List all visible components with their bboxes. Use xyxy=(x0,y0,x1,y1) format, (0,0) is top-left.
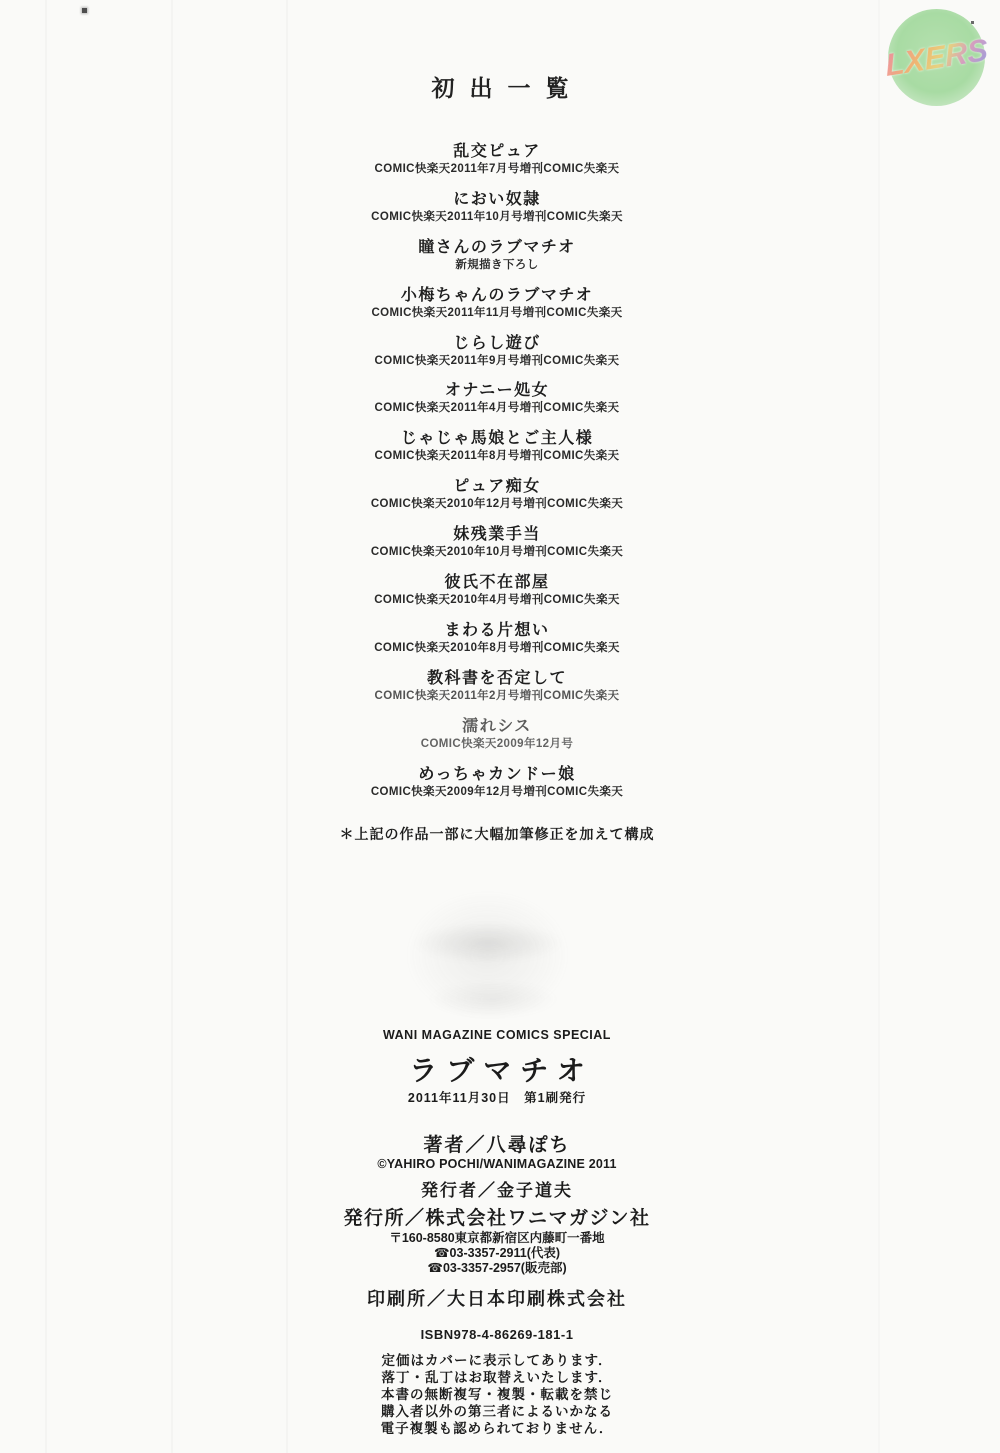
list-item: じゃじゃ馬娘とご主人様 COMIC快楽天2011年8月号増刊COMIC失楽天 xyxy=(0,429,994,477)
chapter-source: COMIC快楽天2010年8月号増刊COMIC失楽天 xyxy=(0,641,994,656)
publisher-line: 発行所／株式会社ワニマガジン社 xyxy=(343,1207,650,1230)
list-item: ピュア痴女 COMIC快楽天2010年12月号増刊COMIC失楽天 xyxy=(0,477,994,525)
chapter-title: 瞳さんのラブマチオ xyxy=(0,238,994,258)
list-item: まわる片想い COMIC快楽天2010年8月号増刊COMIC失楽天 xyxy=(0,621,994,669)
chapter-source: COMIC快楽天2011年2月号増刊COMIC失楽天 xyxy=(0,689,994,704)
chapter-title: 妹残業手当 xyxy=(0,525,994,545)
chapter-title: まわる片想い xyxy=(0,621,994,641)
chapter-source: COMIC快楽天2011年11月号増刊COMIC失楽天 xyxy=(0,306,994,321)
chapter-source: COMIC快楽天2011年10月号増刊COMIC失楽天 xyxy=(0,210,994,225)
chapter-source: COMIC快楽天2009年12月号増刊COMIC失楽天 xyxy=(0,785,994,800)
list-item: めっちゃカンドー娘 COMIC快楽天2009年12月号増刊COMIC失楽天 xyxy=(0,765,994,813)
list-item: 妹残業手当 COMIC快楽天2010年10月号増刊COMIC失楽天 xyxy=(0,525,994,573)
list-item: におい奴隷 COMIC快楽天2011年10月号増刊COMIC失楽天 xyxy=(0,190,994,238)
printer-line: 印刷所／大日本印刷株式会社 xyxy=(367,1288,627,1310)
chapter-source: COMIC快楽天2009年12月号 xyxy=(0,737,994,752)
revision-note: ＊上記の作品一部に大幅加筆修正を加えて構成 xyxy=(0,824,994,844)
chapter-source: COMIC快楽天2010年10月号増刊COMIC失楽天 xyxy=(0,545,994,560)
list-item: オナニー処女 COMIC快楽天2011年4月号増刊COMIC失楽天 xyxy=(0,381,994,429)
chapter-title: 彼氏不在部屋 xyxy=(0,573,994,593)
print-info: 2011年11月30日 第1刷発行 xyxy=(408,1091,586,1106)
colophon: WANI MAGAZINE COMICS SPECIAL ラブマチオ 2011年… xyxy=(0,1028,994,1437)
copyright-line: ©YAHIRO POCHI/WANIMAGAZINE 2011 xyxy=(377,1157,616,1172)
chapter-title: じらし遊び xyxy=(0,334,994,354)
chapter-source: COMIC快楽天2011年8月号増刊COMIC失楽天 xyxy=(0,449,994,464)
list-item: 瞳さんのラブマチオ 新規描き下ろし xyxy=(0,238,994,286)
chapter-title: 乱交ピュア xyxy=(0,142,994,162)
list-item: 濡れシス COMIC快楽天2009年12月号 xyxy=(0,717,994,765)
legal-notice-line: 落丁・乱丁はお取替えいたします． xyxy=(381,1369,614,1386)
chapter-source: COMIC快楽天2010年4月号増刊COMIC失楽天 xyxy=(0,593,994,608)
scan-smudge xyxy=(413,922,563,964)
list-item: じらし遊び COMIC快楽天2011年9月号増刊COMIC失楽天 xyxy=(0,334,994,382)
list-item: 彼氏不在部屋 COMIC快楽天2010年4月号増刊COMIC失楽天 xyxy=(0,573,994,621)
book-title: ラブマチオ xyxy=(400,1054,593,1088)
chapter-title: 濡れシス xyxy=(0,717,994,737)
chapter-title: 小梅ちゃんのラブマチオ xyxy=(0,286,994,306)
scan-smudge xyxy=(428,980,558,1018)
colophon-page: LXERS 初出一覧 乱交ピュア COMIC快楽天2011年7月号増刊COMIC… xyxy=(0,0,1000,1453)
page-title: 初出一覧 xyxy=(0,70,1000,103)
chapter-title: オナニー処女 xyxy=(0,381,994,401)
chapter-title: ピュア痴女 xyxy=(0,477,994,497)
chapter-title: じゃじゃ馬娘とご主人様 xyxy=(0,429,994,449)
series-label: WANI MAGAZINE COMICS SPECIAL xyxy=(383,1028,611,1042)
chapter-source: COMIC快楽天2011年7月号増刊COMIC失楽天 xyxy=(0,162,994,177)
chapter-source: 新規描き下ろし xyxy=(0,258,994,273)
phone-sales: ☎03-3357-2957(販売部) xyxy=(427,1261,566,1276)
chapter-source: COMIC快楽天2011年9月号増刊COMIC失楽天 xyxy=(0,354,994,369)
legal-notice-line: 電子複製も認められておりません． xyxy=(381,1420,614,1437)
chapter-title: 教科書を否定して xyxy=(0,669,994,689)
isbn: ISBN978-4-86269-181-1 xyxy=(421,1327,574,1343)
legal-notice-line: 購入者以外の第三者によるいかなる xyxy=(381,1403,614,1420)
publisher-address: 〒160-8580東京都新宿区内藤町一番地 xyxy=(389,1231,604,1246)
list-item: 乱交ピュア COMIC快楽天2011年7月号増刊COMIC失楽天 xyxy=(0,142,994,190)
chapter-title: におい奴隷 xyxy=(0,190,994,210)
list-item: 小梅ちゃんのラブマチオ COMIC快楽天2011年11月号増刊COMIC失楽天 xyxy=(0,286,994,334)
legal-notices: 定価はカバーに表示してあります． 落丁・乱丁はお取替えいたします． 本書の無断複… xyxy=(381,1352,614,1437)
first-publication-list: 乱交ピュア COMIC快楽天2011年7月号増刊COMIC失楽天 におい奴隷 C… xyxy=(0,142,994,812)
issuer-line: 発行者／金子道夫 xyxy=(421,1181,573,1201)
chapter-source: COMIC快楽天2011年4月号増刊COMIC失楽天 xyxy=(0,401,994,416)
legal-notice-line: 本書の無断複写・複製・転載を禁じ xyxy=(381,1386,614,1403)
list-item: 教科書を否定して COMIC快楽天2011年2月号増刊COMIC失楽天 xyxy=(0,669,994,717)
chapter-source: COMIC快楽天2010年12月号増刊COMIC失楽天 xyxy=(0,497,994,512)
phone-main: ☎03-3357-2911(代表) xyxy=(434,1246,560,1261)
scan-speck xyxy=(82,8,87,13)
legal-notice-line: 定価はカバーに表示してあります． xyxy=(381,1352,614,1369)
chapter-title: めっちゃカンドー娘 xyxy=(0,765,994,785)
author-line: 著者／八尋ぽち xyxy=(423,1134,570,1157)
